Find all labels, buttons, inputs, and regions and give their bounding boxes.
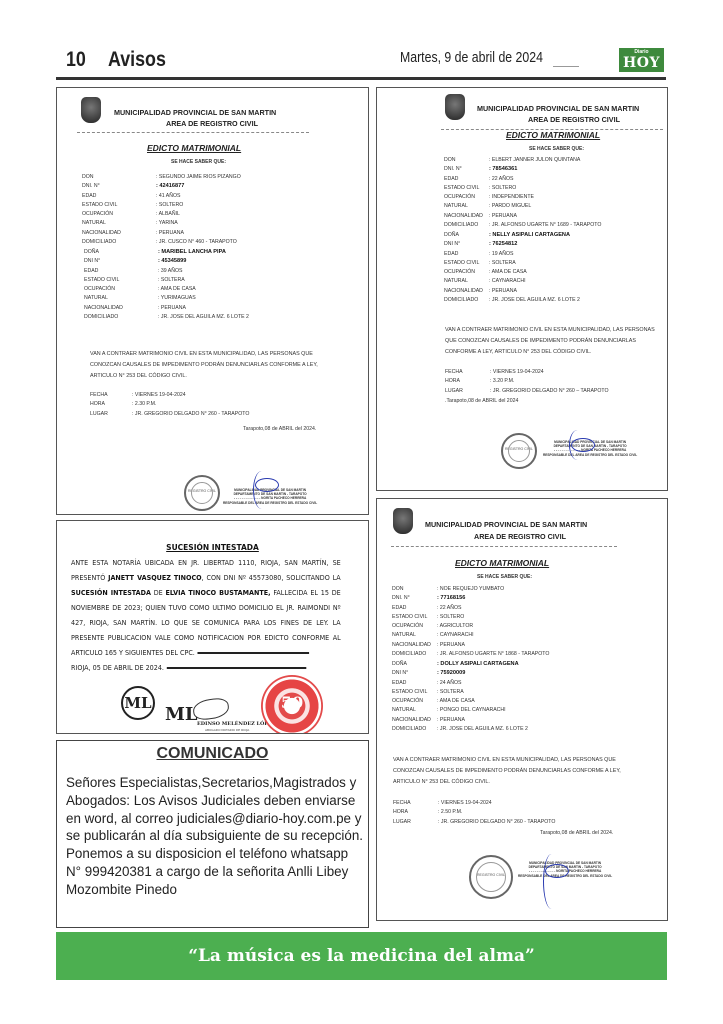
signature-loop — [545, 864, 569, 878]
detail-row: NACIONALIDAD: PERUANA — [392, 641, 549, 650]
detail-row: EDAD: 22 AÑOS — [444, 175, 601, 184]
detail-value: : VIERNES 19-04-2024 — [132, 390, 186, 399]
bride-details: DOÑA: MARIBEL LANCHA PIPADNI N°: 4534589… — [84, 248, 249, 322]
detail-label: NATURAL — [82, 219, 156, 228]
detail-value: : 41 AÑOS — [156, 192, 181, 201]
notice-title: SUCESIÓN INTESTADA — [57, 543, 368, 552]
area-name: AREA DE REGISTRO CIVIL — [528, 115, 620, 124]
notice-body: ANTE ESTA NOTARÍA UBICADA EN JR. LIBERTA… — [71, 556, 341, 676]
logo-big-text: HOY — [619, 56, 664, 70]
detail-row: DON: NOE REQUEJO YUMBATO — [392, 585, 549, 594]
detail-value: : JR. GREGORIO DELGADO N° 260 – TARAPOTO — [490, 387, 609, 396]
detail-row: DNI N°: 45345899 — [84, 257, 249, 266]
detail-row: DNI N°: 75920009 — [392, 669, 528, 678]
detail-row: DOÑA: MARIBEL LANCHA PIPA — [84, 248, 249, 257]
notice-closing: RIOJA, 05 DE ABRIL DE 2024. — [71, 664, 164, 672]
detail-label: ESTADO CIVIL — [444, 259, 489, 268]
detail-row: DOMICILIADO: JR. JOSE DEL AGUILA MZ. 6 L… — [392, 725, 528, 734]
institution-name: MUNICIPALIDAD PROVINCIAL DE SAN MARTIN — [425, 520, 587, 529]
detail-label: NATURAL — [444, 277, 489, 286]
diario-hoy-logo: Diario HOY — [619, 48, 664, 72]
detail-value: : 77168156 — [437, 594, 465, 603]
detail-label: NACIONALIDAD — [392, 716, 437, 725]
detail-label: ESTADO CIVIL — [392, 613, 437, 622]
detail-row: FECHA: VIERNES 19-04-2024 — [90, 390, 249, 399]
institution-name: MUNICIPALIDAD PROVINCIAL DE SAN MARTIN — [477, 104, 639, 113]
municipal-crest-icon — [81, 97, 101, 123]
detail-value: : SOLTERO — [489, 184, 516, 193]
notary-name: EDINSO MELÉNDEZ LÓPEZ — [197, 721, 276, 727]
detail-label: HORA — [90, 399, 132, 408]
detail-row: ESTADO CIVIL: SOLTERO — [392, 613, 549, 622]
detail-label: OCUPACIÓN — [392, 622, 437, 631]
detail-row: ESTADO CIVIL: SOLTERO — [82, 201, 241, 210]
detail-value: : SOLTERA — [158, 276, 185, 285]
detail-label: DON — [392, 585, 437, 594]
detail-row: FECHA: VIERNES 19-04-2024 — [393, 798, 555, 807]
detail-label: NACIONALIDAD — [392, 641, 437, 650]
detail-row: OCUPACIÓN: INDEPENDIENTE — [444, 193, 601, 202]
detail-value: : AMA DE CASA — [158, 285, 196, 294]
comunicado-title: COMUNICADO — [57, 745, 368, 763]
detail-label: ESTADO CIVIL — [392, 688, 437, 697]
detail-label: HORA — [393, 807, 438, 816]
detail-value: : 2.50 P.M. — [438, 807, 462, 816]
detail-row: ESTADO CIVIL: SOLTERA — [84, 276, 249, 285]
detail-value: : PERUANA — [156, 229, 184, 238]
detail-row: HORA: 3.20 P.M. — [445, 377, 609, 386]
signature-line: RESPONSABLE DEL AREA DE REGISTRO DEL EST… — [543, 453, 637, 457]
detail-value: : AMA DE CASA — [437, 697, 475, 706]
detail-label: OCUPACIÓN — [444, 268, 489, 277]
dashed-divider — [391, 546, 617, 547]
edicto-subtitle: SE HACE SABER QUE: — [477, 573, 532, 582]
detail-value: : PERUANA — [489, 287, 517, 296]
quote-banner: “La música es la medicina del alma” — [56, 932, 667, 980]
detail-label: EDAD — [392, 679, 437, 688]
detail-value: : VIERNES 19-04-2024 — [438, 798, 492, 807]
detail-label: EDAD — [84, 267, 158, 276]
signature-line: RESPONSABLE DEL AREA DE REGISTRO DEL EST… — [223, 501, 317, 505]
detail-row: NACIONALIDAD: PERUANA — [82, 229, 241, 238]
event-details: FECHA: VIERNES 19-04-2024HORA: 2.30 P.M.… — [90, 390, 249, 418]
edicto-matrimonial-2: MUNICIPALIDAD PROVINCIAL DE SAN MARTIN A… — [376, 87, 668, 491]
detail-label: DNI N° — [444, 240, 489, 249]
detail-row: EDAD: 19 AÑOS — [444, 250, 580, 259]
detail-row: DON: SEGUNDO JAIME RIOS PIZANGO — [82, 173, 241, 182]
detail-label: LUGAR — [393, 817, 438, 826]
detail-value: : PONGO DEL CAYNARACHI — [437, 706, 506, 715]
body-text: FALLECIDA EL 15 DE NOVIEMBRE DE 2023; QU… — [71, 589, 341, 657]
detail-label: HORA — [445, 377, 490, 386]
edicto-matrimonial-3: MUNICIPALIDAD PROVINCIAL DE SAN MARTIN A… — [376, 498, 668, 921]
registro-civil-seal: REGISTRO CIVIL — [184, 475, 220, 511]
detail-value: : NELLY ASIPALI CARTAGENA — [489, 231, 570, 240]
detail-label: EDAD — [444, 175, 489, 184]
notary-red-seal: 50 — [261, 675, 323, 734]
detail-label: NATURAL — [444, 202, 489, 211]
detail-row: DNI N°: 76254812 — [444, 240, 580, 249]
detail-value: : SEGUNDO JAIME RIOS PIZANGO — [156, 173, 241, 182]
detail-row: LUGAR: JR. GREGORIO DELGADO N° 260 - TAR… — [90, 409, 249, 418]
detail-row: NACIONALIDAD: PERUANA — [392, 716, 528, 725]
detail-row: EDAD: 22 AÑOS — [392, 604, 549, 613]
detail-label: NACIONALIDAD — [84, 304, 158, 313]
detail-row: HORA: 2.50 P.M. — [393, 807, 555, 816]
detail-row: LUGAR: JR. GREGORIO DELGADO N° 260 – TAR… — [445, 387, 609, 396]
event-details: FECHA: VIERNES 19-04-2024HORA: 2.50 P.M.… — [393, 798, 555, 826]
area-name: AREA DE REGISTRO CIVIL — [166, 119, 258, 128]
detail-label: FECHA — [445, 368, 490, 377]
detail-value: : DOLLY ASIPALI CARTAGENA — [437, 660, 519, 669]
edicto-title: EDICTO MATRIMONIAL — [455, 559, 549, 568]
bold-text: ELVIA TINOCO BUSTAMANTE, — [166, 589, 271, 597]
detail-value: : PERUANA — [158, 304, 186, 313]
groom-details: DON: SEGUNDO JAIME RIOS PIZANGODNI. N°: … — [82, 173, 241, 247]
edicto-matrimonial-1: MUNICIPALIDAD PROVINCIAL DE SAN MARTIN A… — [56, 87, 369, 515]
event-details: FECHA: VIERNES 19-04-2024HORA: 3.20 P.M.… — [445, 368, 609, 396]
detail-label: EDAD — [82, 192, 156, 201]
detail-row: LUGAR: JR. GREGORIO DELGADO N° 260 - TAR… — [393, 817, 555, 826]
detail-label: DOMICILIADO — [82, 238, 156, 247]
detail-value: : SOLTERA — [489, 259, 516, 268]
detail-value: : 42416877 — [156, 182, 184, 191]
edicto-title: EDICTO MATRIMONIAL — [506, 131, 600, 140]
detail-row: DOMICILIADO: JR. ALFONSO UGARTE N° 1868 … — [392, 650, 549, 659]
signature — [543, 854, 560, 909]
detail-label: ESTADO CIVIL — [444, 184, 489, 193]
detail-label: DOMICILIADO — [444, 296, 489, 305]
detail-label: DOMICILIADO — [392, 650, 437, 659]
detail-label: DNI. N° — [444, 165, 489, 174]
edicto-paragraph: VAN A CONTRAER MATRIMONIO CIVIL EN ESTA … — [445, 325, 667, 358]
detail-value: : PERUANA — [437, 641, 465, 650]
detail-row: NATURAL: YARINA — [82, 219, 241, 228]
detail-value: : 76254812 — [489, 240, 517, 249]
edicto-paragraph: VAN A CONTRAER MATRIMONIO CIVIL EN ESTA … — [90, 349, 322, 382]
detail-label: NACIONALIDAD — [444, 287, 489, 296]
place-date: .Tarapoto,08 de ABRIL del 2024 — [445, 397, 518, 406]
detail-row: OCUPACIÓN: ALBAÑIL — [82, 210, 241, 219]
detail-row: DNI. N°: 42416877 — [82, 182, 241, 191]
publication-date: Martes, 9 de abril de 2024 — [400, 49, 543, 66]
signature-loop — [255, 478, 279, 492]
detail-label: DOÑA — [392, 660, 437, 669]
section-title: Avisos — [108, 48, 166, 72]
detail-value: : 3.20 P.M. — [490, 377, 514, 386]
detail-row: DOMICILIADO: JR. CUSCO N° 460 - TARAPOTO — [82, 238, 241, 247]
notary-signature — [192, 697, 230, 722]
registro-civil-seal: REGISTRO CIVIL — [469, 855, 513, 899]
detail-label: OCUPACIÓN — [392, 697, 437, 706]
detail-row: OCUPACIÓN: AMA DE CASA — [392, 697, 528, 706]
detail-row: NACIONALIDAD: PERUANA — [444, 212, 601, 221]
detail-row: NACIONALIDAD: PERUANA — [444, 287, 580, 296]
detail-value: : AGRICULTOR — [437, 622, 473, 631]
dashed-divider — [77, 132, 309, 133]
area-name: AREA DE REGISTRO CIVIL — [474, 532, 566, 541]
detail-row: OCUPACIÓN: AGRICULTOR — [392, 622, 549, 631]
detail-row: OCUPACIÓN: AMA DE CASA — [84, 285, 249, 294]
detail-label: DNI. N° — [82, 182, 156, 191]
comunicado-body: Señores Especialistas,Secretarios,Magist… — [66, 774, 366, 899]
detail-value: : NOE REQUEJO YUMBATO — [437, 585, 504, 594]
detail-value: : PERUANA — [437, 716, 465, 725]
detail-value: : JR. ALFONSO UGARTE N° 1868 - TARAPOTO — [437, 650, 549, 659]
detail-label: DON — [82, 173, 156, 182]
detail-row: DNI. N°: 77168156 — [392, 594, 549, 603]
bold-text: JANETT VASQUEZ TINOCO — [108, 574, 202, 582]
institution-name: MUNICIPALIDAD PROVINCIAL DE SAN MARTIN — [114, 108, 276, 117]
detail-value: : SOLTERO — [437, 613, 464, 622]
detail-label: EDAD — [392, 604, 437, 613]
bold-text: SUCESIÓN INTESTADA — [71, 589, 151, 597]
detail-row: ESTADO CIVIL: SOLTERA — [392, 688, 528, 697]
detail-label: DNI N° — [84, 257, 158, 266]
bride-details: DOÑA: NELLY ASIPALI CARTAGENADNI N°: 762… — [444, 231, 580, 305]
detail-label: NATURAL — [84, 294, 158, 303]
detail-row: DOMICILIADO: JR. JOSE DEL AGUILA MZ. 6 L… — [84, 313, 249, 322]
detail-value: : YARINA — [156, 219, 178, 228]
page-number: 10 — [66, 48, 86, 72]
detail-label: DON — [444, 156, 489, 165]
detail-label: OCUPACIÓN — [444, 193, 489, 202]
registro-civil-seal: REGISTRO CIVIL — [501, 433, 537, 469]
detail-value: : 22 AÑOS — [437, 604, 462, 613]
body-text: , CON DNI Nº 45573080, SOLICITANDO LA — [202, 574, 341, 582]
detail-label: EDAD — [444, 250, 489, 259]
place-date: Tarapoto,08 de ABRIL del 2024. — [243, 425, 316, 434]
detail-row: NATURAL: CAYNARACHI — [444, 277, 580, 286]
detail-value: : YURIMAGUAS — [158, 294, 196, 303]
bride-details: DOÑA: DOLLY ASIPALI CARTAGENADNI N°: 759… — [392, 660, 528, 734]
groom-details: DON: ELBERT JANNER JULON QUINTANADNI. N°… — [444, 156, 601, 230]
detail-label: FECHA — [90, 390, 132, 399]
municipal-crest-icon — [393, 508, 413, 534]
detail-value: : JR. CUSCO N° 460 - TARAPOTO — [156, 238, 237, 247]
detail-row: ESTADO CIVIL: SOLTERO — [444, 184, 601, 193]
detail-row: ESTADO CIVIL: SOLTERA — [444, 259, 580, 268]
detail-label: OCUPACIÓN — [84, 285, 158, 294]
detail-row: DOMICILIADO: JR. JOSE DEL AGUILA MZ. 6 L… — [444, 296, 580, 305]
edicto-paragraph: VAN A CONTRAER MATRIMONIO CIVIL EN ESTA … — [393, 755, 621, 788]
detail-label: ESTADO CIVIL — [84, 276, 158, 285]
detail-value: : MARIBEL LANCHA PIPA — [158, 248, 226, 257]
detail-value: : AMA DE CASA — [489, 268, 527, 277]
detail-row: NATURAL: CAYNARACHI — [392, 631, 549, 640]
banner-quote: “La música es la medicina del alma” — [56, 932, 667, 980]
detail-value: : 19 AÑOS — [489, 250, 514, 259]
detail-label: OCUPACIÓN — [82, 210, 156, 219]
detail-row: NACIONALIDAD: PERUANA — [84, 304, 249, 313]
detail-value: : ALBAÑIL — [156, 210, 180, 219]
detail-value: : CAYNARACHI — [489, 277, 526, 286]
detail-label: NACIONALIDAD — [82, 229, 156, 238]
detail-row: DOÑA: NELLY ASIPALI CARTAGENA — [444, 231, 580, 240]
detail-value: : 2.30 P.M. — [132, 399, 156, 408]
detail-label: DOMICILIADO — [84, 313, 158, 322]
detail-label: DNI N° — [392, 669, 437, 678]
detail-value: : JR. ALFONSO UGARTE N° 1689 - TARAPOTO — [489, 221, 601, 230]
detail-row: EDAD: 24 AÑOS — [392, 679, 528, 688]
place-date: Tarapoto,08 de ABRIL del 2024. — [540, 829, 613, 838]
detail-label: DOMICILIADO — [444, 221, 489, 230]
detail-value: : JR. GREGORIO DELGADO N° 260 - TARAPOTO — [132, 409, 249, 418]
body-text: DE — [151, 589, 166, 597]
detail-value: : JR. JOSE DEL AGUILA MZ. 6 LOTE 2 — [158, 313, 249, 322]
detail-label: DOÑA — [84, 248, 158, 257]
comunicado-box: COMUNICADO Señores Especialistas,Secreta… — [56, 740, 369, 928]
detail-value: : INDEPENDIENTE — [489, 193, 534, 202]
detail-value: : 24 AÑOS — [437, 679, 462, 688]
detail-label: DOÑA — [444, 231, 489, 240]
detail-value: : 75920009 — [437, 669, 465, 678]
detail-value: : PARDO MIGUEL — [489, 202, 531, 211]
detail-value: : SOLTERO — [156, 201, 183, 210]
detail-value: : ELBERT JANNER JULON QUINTANA — [489, 156, 580, 165]
detail-label: NACIONALIDAD — [444, 212, 489, 221]
edicto-subtitle: SE HACE SABER QUE: — [529, 145, 584, 154]
detail-row: DON: ELBERT JANNER JULON QUINTANA — [444, 156, 601, 165]
detail-value: : 45345899 — [158, 257, 186, 266]
detail-label: FECHA — [393, 798, 438, 807]
edicto-title: EDICTO MATRIMONIAL — [147, 144, 241, 153]
detail-row: DOÑA: DOLLY ASIPALI CARTAGENA — [392, 660, 528, 669]
detail-row: EDAD: 41 AÑOS — [82, 192, 241, 201]
sucesion-intestada-notice: SUCESIÓN INTESTADA ANTE ESTA NOTARÍA UBI… — [56, 520, 369, 734]
detail-value: : SOLTERA — [437, 688, 464, 697]
edicto-subtitle: SE HACE SABER QUE: — [171, 158, 226, 167]
detail-value: : PERUANA — [489, 212, 517, 221]
municipal-crest-icon — [445, 94, 465, 120]
detail-row: HORA: 2.30 P.M. — [90, 399, 249, 408]
signature-line: - - - - - - - - - - - - - - NORITA PACHE… — [223, 496, 317, 500]
header-rule — [56, 77, 666, 80]
divider — [553, 66, 579, 67]
detail-label: LUGAR — [90, 409, 132, 418]
notary-title: ABOGADO NOTARIO DE RIOJA — [205, 728, 249, 732]
detail-row: FECHA: VIERNES 19-04-2024 — [445, 368, 609, 377]
detail-value: : JR. JOSE DEL AGUILA MZ. 6 LOTE 2 — [489, 296, 580, 305]
detail-row: NATURAL: PONGO DEL CAYNARACHI — [392, 706, 528, 715]
detail-row: OCUPACIÓN: AMA DE CASA — [444, 268, 580, 277]
detail-label: LUGAR — [445, 387, 490, 396]
detail-label: DOMICILIADO — [392, 725, 437, 734]
signature-loop — [571, 438, 595, 452]
detail-label: ESTADO CIVIL — [82, 201, 156, 210]
detail-value: : 22 AÑOS — [489, 175, 514, 184]
detail-label: NATURAL — [392, 631, 437, 640]
detail-value: : VIERNES 19-04-2024 — [490, 368, 544, 377]
detail-row: DNI. N°: 78546361 — [444, 165, 601, 174]
detail-row: DOMICILIADO: JR. ALFONSO UGARTE N° 1689 … — [444, 221, 601, 230]
groom-details: DON: NOE REQUEJO YUMBATODNI. N°: 7716815… — [392, 585, 549, 659]
notary-round-stamp: ML — [121, 686, 155, 720]
detail-value: : JR. JOSE DEL AGUILA MZ. 6 LOTE 2 — [437, 725, 528, 734]
detail-value: : 39 AÑOS — [158, 267, 183, 276]
detail-label: NATURAL — [392, 706, 437, 715]
detail-label: DNI. N° — [392, 594, 437, 603]
detail-value: : 78546361 — [489, 165, 517, 174]
detail-row: EDAD: 39 AÑOS — [84, 267, 249, 276]
detail-row: NATURAL: YURIMAGUAS — [84, 294, 249, 303]
detail-value: : CAYNARACHI — [437, 631, 474, 640]
detail-row: NATURAL: PARDO MIGUEL — [444, 202, 601, 211]
detail-value: : JR. GREGORIO DELGADO N° 260 - TARAPOTO — [438, 817, 555, 826]
